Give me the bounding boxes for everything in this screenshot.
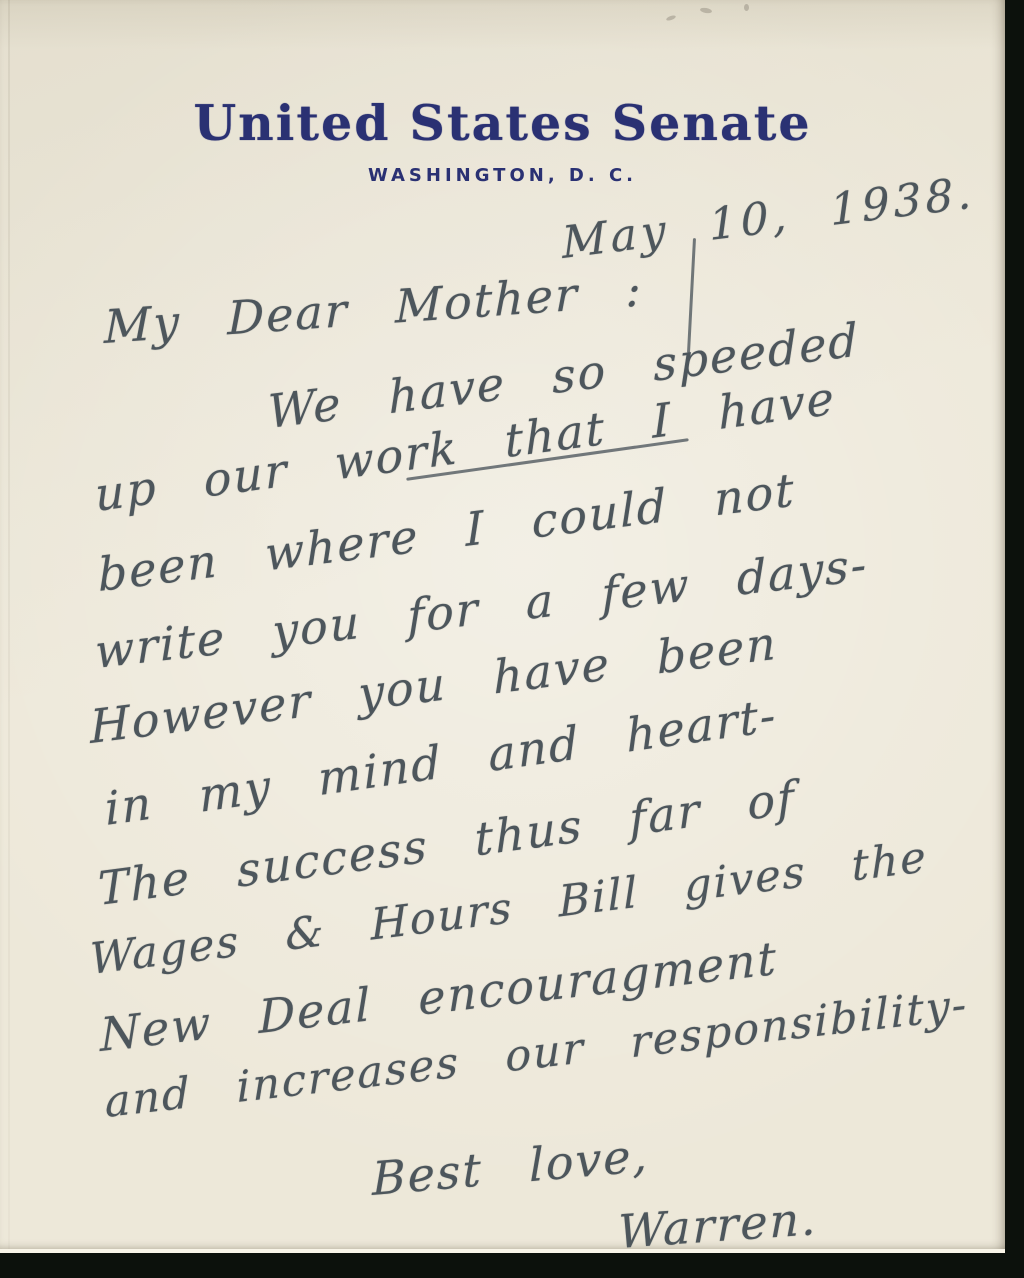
paper-fold-line <box>8 0 10 1249</box>
pencil-smudge <box>744 4 749 11</box>
letterhead-title: United States Senate <box>0 94 1005 152</box>
pencil-smudge <box>666 14 677 21</box>
pencil-smudge <box>700 7 713 14</box>
salutation-line: My Dear Mother : <box>104 262 643 354</box>
closing-line: Best love, <box>372 1128 650 1206</box>
signature-line: Warren. <box>618 1191 818 1259</box>
letterhead: United States Senate WASHINGTON, D. C. <box>0 94 1005 186</box>
letter-paper: United States Senate WASHINGTON, D. C. M… <box>0 0 1005 1253</box>
